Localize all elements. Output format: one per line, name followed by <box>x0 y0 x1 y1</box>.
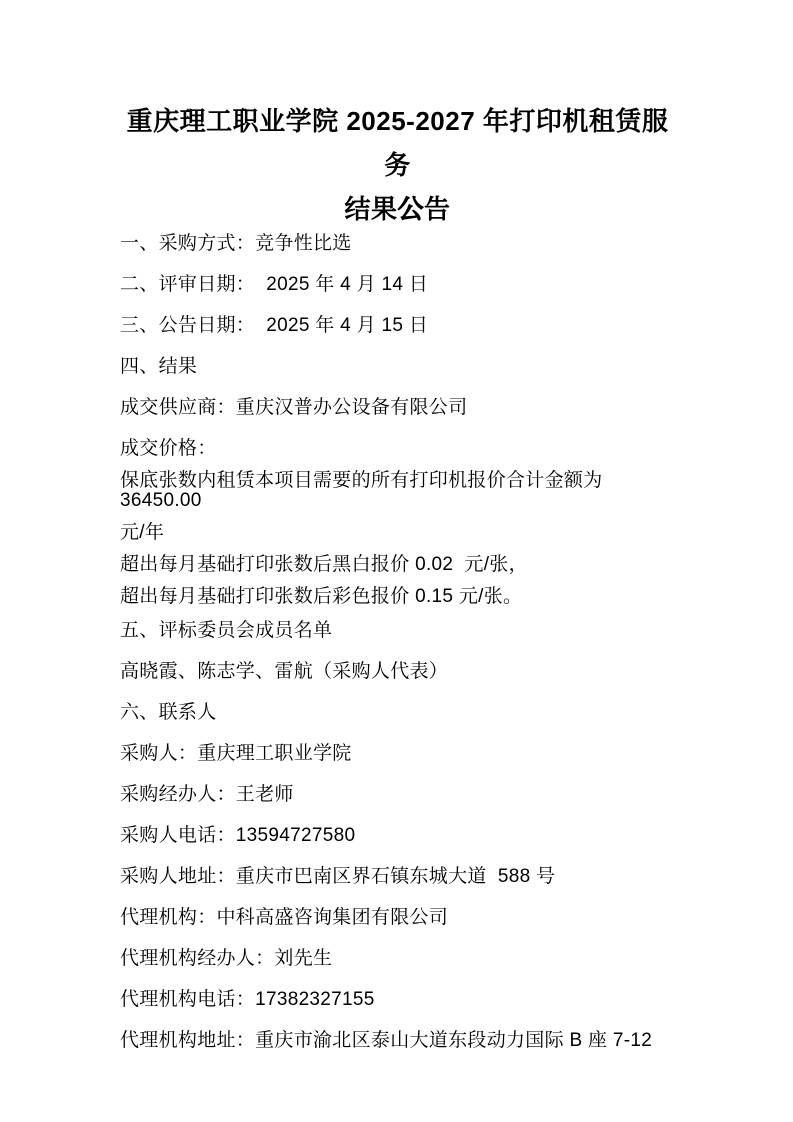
para-purchaser-address: 采购人地址：重庆市巴南区界石镇东城大道 588 号 <box>120 867 675 887</box>
document-title: 重庆理工职业学院 2025-2027 年打印机租赁服务结果公告 <box>120 99 675 231</box>
para-price-color-overage: 超出每月基础打印张数后彩色报价 0.15 元/张。 <box>120 587 675 607</box>
para-price-bw-overage: 超出每月基础打印张数后黑白报价 0.02 元/张， <box>120 555 675 575</box>
para-committee-members: 高晓霞、陈志学、雷航（采购人代表） <box>120 662 675 682</box>
para-purchaser-phone: 采购人电话：13594727580 <box>120 826 675 846</box>
para-deal-price-heading: 成交价格： <box>120 439 675 459</box>
para-winning-supplier: 成交供应商：重庆汉普办公设备有限公司 <box>120 398 675 418</box>
para-purchaser: 采购人：重庆理工职业学院 <box>120 744 675 764</box>
title-line2: 结果公告 <box>344 194 450 224</box>
document-page: 重庆理工职业学院 2025-2027 年打印机租赁服务结果公告 一、采购方式：竞… <box>0 0 793 1122</box>
para-price-total: 保底张数内租赁本项目需要的所有打印机报价合计金额为 36450.00 <box>120 471 675 511</box>
para-agency: 代理机构：中科高盛咨询集团有限公司 <box>120 908 675 928</box>
para-contacts-heading: 六、联系人 <box>120 703 675 723</box>
para-committee-heading: 五、评标委员会成员名单 <box>120 621 675 641</box>
title-line2-emph: 公 <box>397 194 424 224</box>
para-agency-phone: 代理机构电话：17382327155 <box>120 990 675 1010</box>
para-procurement-method: 一、采购方式：竞争性比选 <box>120 234 675 254</box>
para-price-total-unit: 元/年 <box>120 523 675 543</box>
para-announcement-date: 三、公告日期： 2025 年 4 月 15 日 <box>120 316 675 336</box>
title-line2-post: 告 <box>424 194 451 224</box>
title-line2-pre: 结果 <box>344 194 397 224</box>
para-purchaser-agent: 采购经办人：王老师 <box>120 785 675 805</box>
para-review-date: 二、评审日期： 2025 年 4 月 14 日 <box>120 275 675 295</box>
title-line1: 重庆理工职业学院 2025-2027 年打印机租赁服务 <box>127 106 669 180</box>
para-agency-address: 代理机构地址：重庆市渝北区泰山大道东段动力国际 B 座 7-12 <box>120 1031 675 1051</box>
para-agency-agent: 代理机构经办人：刘先生 <box>120 949 675 969</box>
para-result-heading: 四、结果 <box>120 357 675 377</box>
